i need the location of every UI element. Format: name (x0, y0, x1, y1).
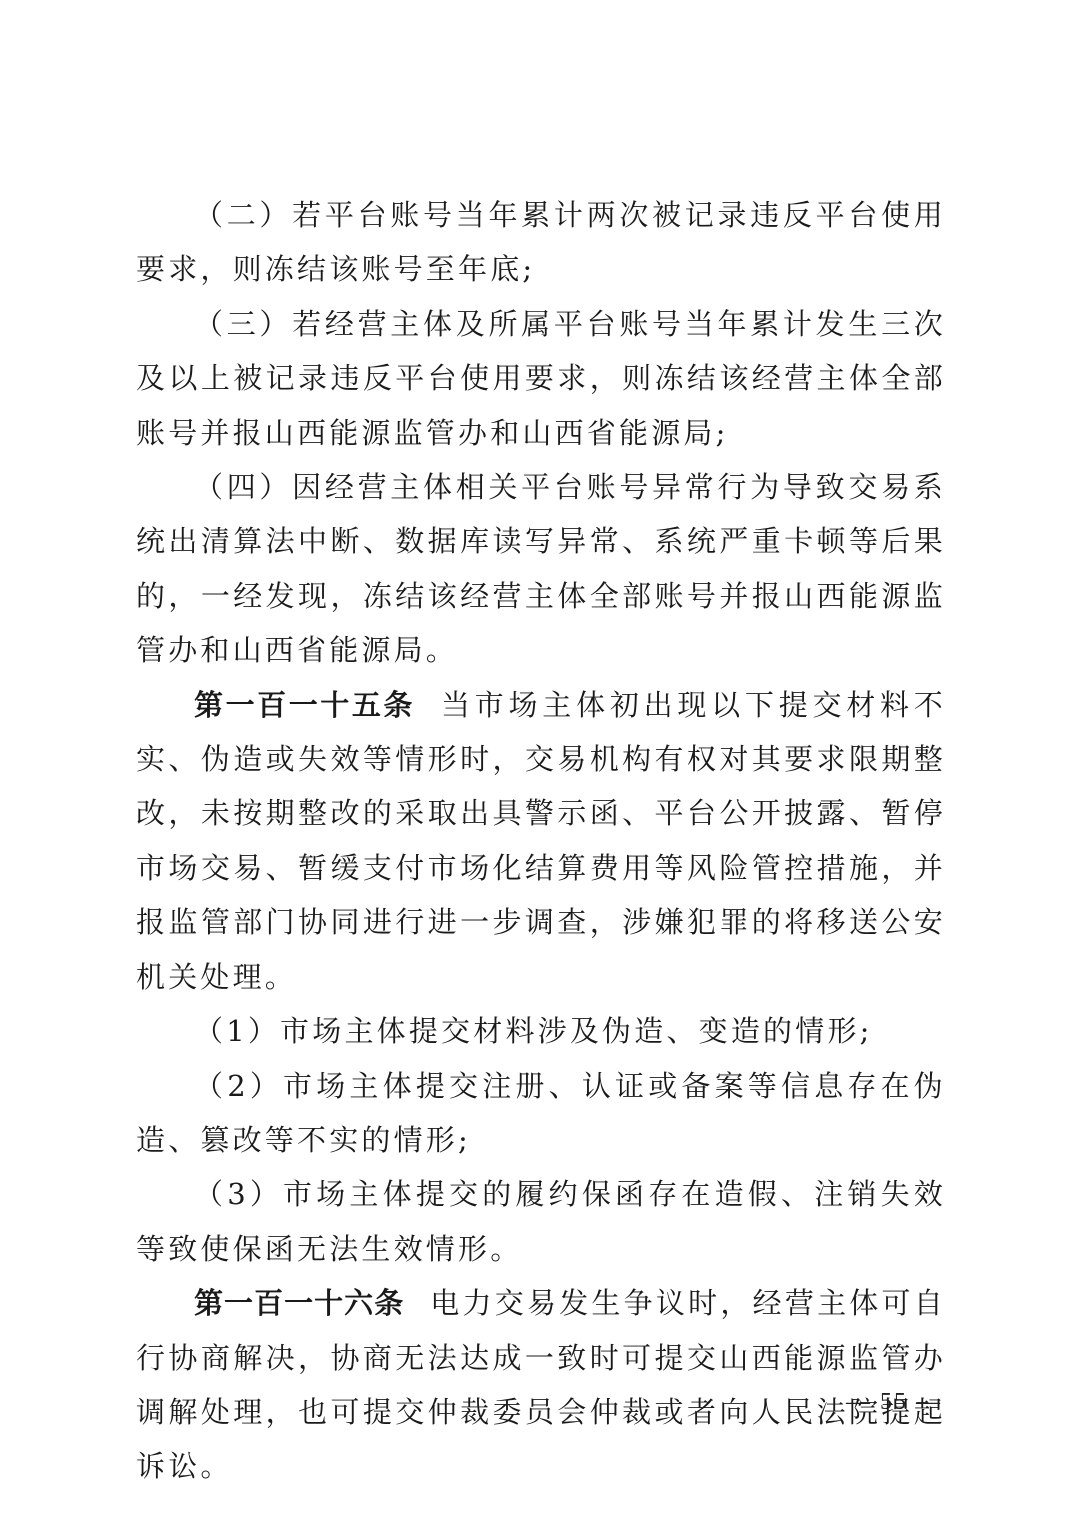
article-116: 第一百一十六条电力交易发生争议时，经营主体可自行协商解决，协商无法达成一致时可提… (136, 1276, 946, 1494)
paragraph-subitem-3: （3）市场主体提交的履约保函存在造假、注销失效等致使保函无法生效情形。 (136, 1167, 946, 1276)
paragraph-subitem-2: （2）市场主体提交注册、认证或备案等信息存在伪造、篡改等不实的情形; (136, 1059, 946, 1168)
article-heading: 第一百一十六条 (194, 1286, 404, 1320)
paragraph-item-2: （二）若平台账号当年累计两次被记录违反平台使用要求，则冻结该账号至年底; (136, 188, 946, 297)
document-page: （二）若平台账号当年累计两次被记录违反平台使用要求，则冻结该账号至年底; （三）… (136, 188, 946, 1494)
article-heading: 第一百一十五条 (194, 688, 415, 722)
paragraph-subitem-1: （1）市场主体提交材料涉及伪造、变造的情形; (136, 1004, 946, 1058)
article-body: 当市场主体初出现以下提交材料不实、伪造或失效等情形时，交易机构有权对其要求限期整… (136, 688, 946, 994)
page-number: — 55 — (846, 1389, 942, 1416)
article-115: 第一百一十五条当市场主体初出现以下提交材料不实、伪造或失效等情形时，交易机构有权… (136, 678, 946, 1004)
paragraph-item-4: （四）因经营主体相关平台账号异常行为导致交易系统出清算法中断、数据库读写异常、系… (136, 460, 946, 678)
paragraph-item-3: （三）若经营主体及所属平台账号当年累计发生三次及以上被记录违反平台使用要求，则冻… (136, 297, 946, 460)
